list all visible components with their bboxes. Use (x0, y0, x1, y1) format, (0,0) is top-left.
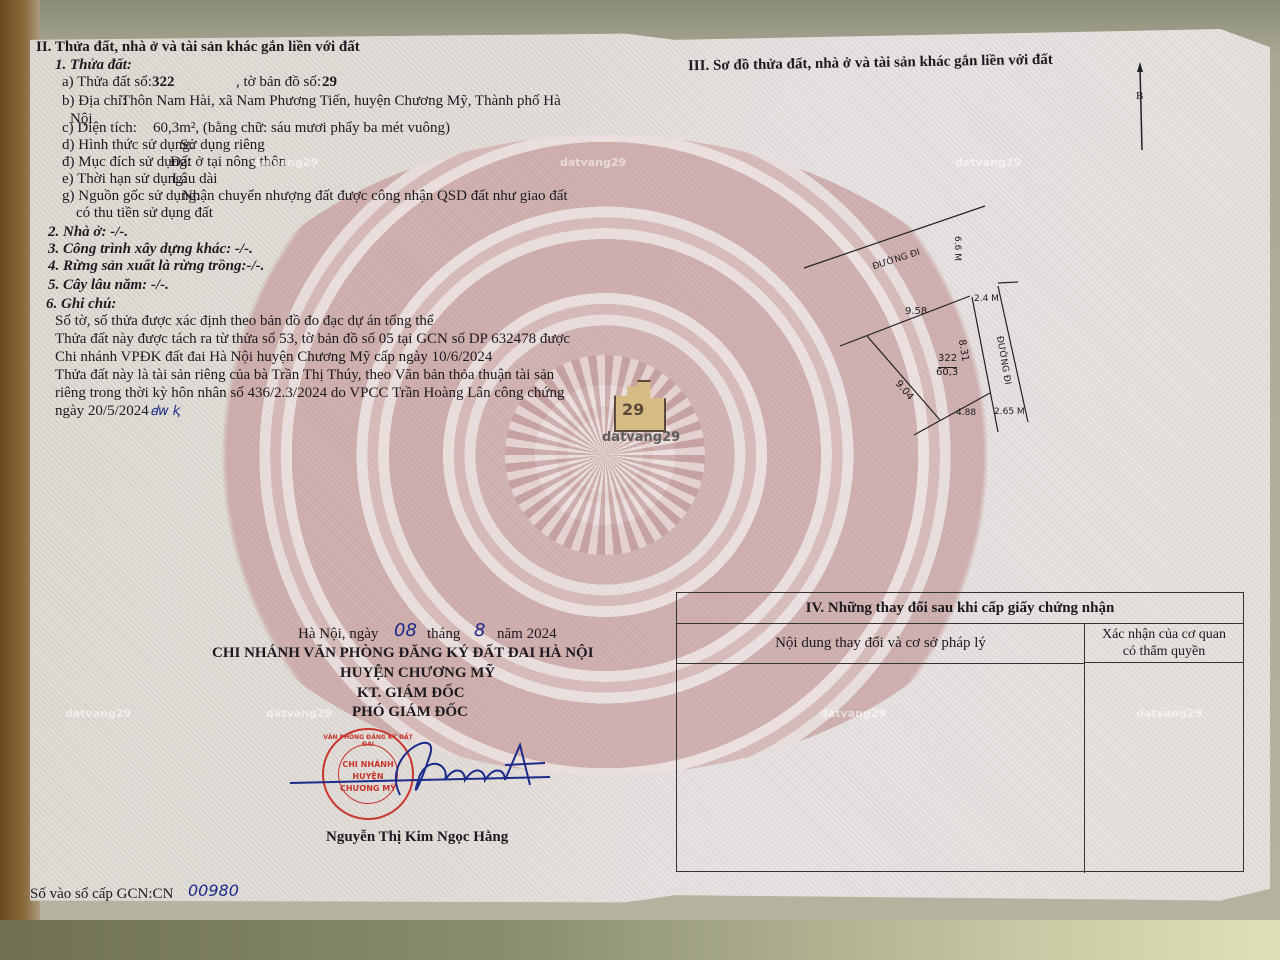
section4-heading: IV. Những thay đổi sau khi cấp giấy chứn… (677, 593, 1243, 624)
role-line1: KT. GIÁM ĐỐC (357, 685, 465, 702)
date-month: 8 (474, 622, 485, 639)
initials-scribble: ꟈw ⱪ (150, 403, 180, 420)
origin-line1: Nhận chuyển nhượng đất được công nhận QS… (182, 188, 568, 205)
road-top-width: 6.6 M (948, 236, 965, 261)
production-forest-item: 4. Rừng sản xuất là rừng trồng:-/-. (48, 258, 264, 275)
map-sheet: 29 (322, 74, 337, 91)
use-form-label: d) Hình thức sử dụng: (62, 137, 194, 154)
note-line: Số tờ, số thửa được xác định theo bản đồ… (55, 313, 434, 330)
north-label: B (1136, 88, 1143, 105)
col-change-content: Nội dung thay đổi và cơ sở pháp lý (677, 623, 1085, 664)
term-label: e) Thời hạn sử dụng: (62, 171, 187, 188)
note-line: Thửa đất này được tách ra từ thửa số 53,… (55, 331, 570, 348)
origin-line2: có thu tiền sử dụng đất (76, 205, 213, 222)
date-month-label: tháng (427, 626, 460, 643)
right-top-gap: 2.4 M (974, 291, 999, 308)
watermark-text: datvang29 (252, 156, 318, 169)
date-day: 08 (394, 622, 417, 639)
area-value: 60,3m², (bằng chữ: sáu mươi phẩy ba mét … (153, 120, 450, 137)
section2-heading: II. Thửa đất, nhà ở và tài sản khác gắn … (36, 39, 360, 56)
handwritten-signature (280, 725, 580, 805)
table-surface-bottom (0, 920, 1280, 960)
right-bottom-gap: 2.65 M (994, 404, 1025, 421)
land-no-label: a) Thửa đất số: (62, 74, 152, 91)
plot-area: 60,3 (936, 364, 958, 381)
watermark-text: datvang29 (560, 156, 626, 169)
notes-heading: 6. Ghi chú: (46, 296, 116, 313)
column-divider (1084, 663, 1085, 873)
perennial-trees-item: 5. Cây lâu năm: -/-. (48, 277, 169, 294)
other-construction-item: 3. Công trình xây dựng khác: -/-. (48, 241, 253, 258)
date-year: năm 2024 (497, 626, 557, 643)
watermark-text: datvang29 (955, 156, 1021, 169)
land-no: 322 (152, 74, 175, 91)
land-heading: 1. Thửa đất: (55, 57, 132, 74)
registry-label: Số vào sổ cấp GCN:CN (30, 886, 173, 903)
origin-label: g) Nguồn gốc sử dụng: (62, 188, 200, 205)
date-prefix: Hà Nội, ngày (298, 626, 378, 643)
map-sheet-label: , tờ bản đồ số: (236, 74, 321, 91)
north-arrow-icon (1130, 62, 1154, 152)
org-line2: HUYỆN CHƯƠNG MỸ (340, 665, 495, 682)
term-value: Lâu dài (172, 171, 217, 188)
role-line2: PHÓ GIÁM ĐỐC (352, 704, 468, 721)
top-edge-length: 9.58 (905, 303, 927, 320)
org-line1: CHI NHÁNH VĂN PHÒNG ĐĂNG KÝ ĐẤT ĐAI HÀ N… (212, 645, 594, 662)
datvang29-logo: 29 datvang29 (600, 380, 680, 450)
note-line: Thửa đất này là tài sản riêng của bà Trầ… (55, 367, 554, 384)
col-authority-confirmation: Xác nhận của cơ quan có thẩm quyền (1084, 623, 1244, 663)
signer-name: Nguyễn Thị Kim Ngọc Hằng (326, 829, 508, 846)
use-form-value: Sử dụng riêng (180, 137, 265, 154)
changes-table: IV. Những thay đổi sau khi cấp giấy chứn… (676, 592, 1244, 872)
watermark-text: datvang29 (65, 707, 131, 720)
address-line1: Thôn Nam Hài, xã Nam Phương Tiến, huyện … (121, 93, 561, 110)
note-line: ngày 20/5/2024 (55, 403, 149, 420)
area-label: c) Diện tích: (62, 120, 137, 137)
bottom-edge-length: 4.88 (956, 405, 976, 422)
watermark-text: datvang29 (266, 707, 332, 720)
address-label: b) Địa chỉ: (62, 93, 126, 110)
note-line: Chi nhánh VPĐK đất đai Hà Nội huyện Chươ… (55, 349, 492, 366)
note-line: riêng trong thời kỳ hôn nhân số 436/2.3/… (55, 385, 565, 402)
registry-number: 00980 (188, 882, 239, 899)
house-item: 2. Nhà ở: -/-. (48, 224, 128, 241)
